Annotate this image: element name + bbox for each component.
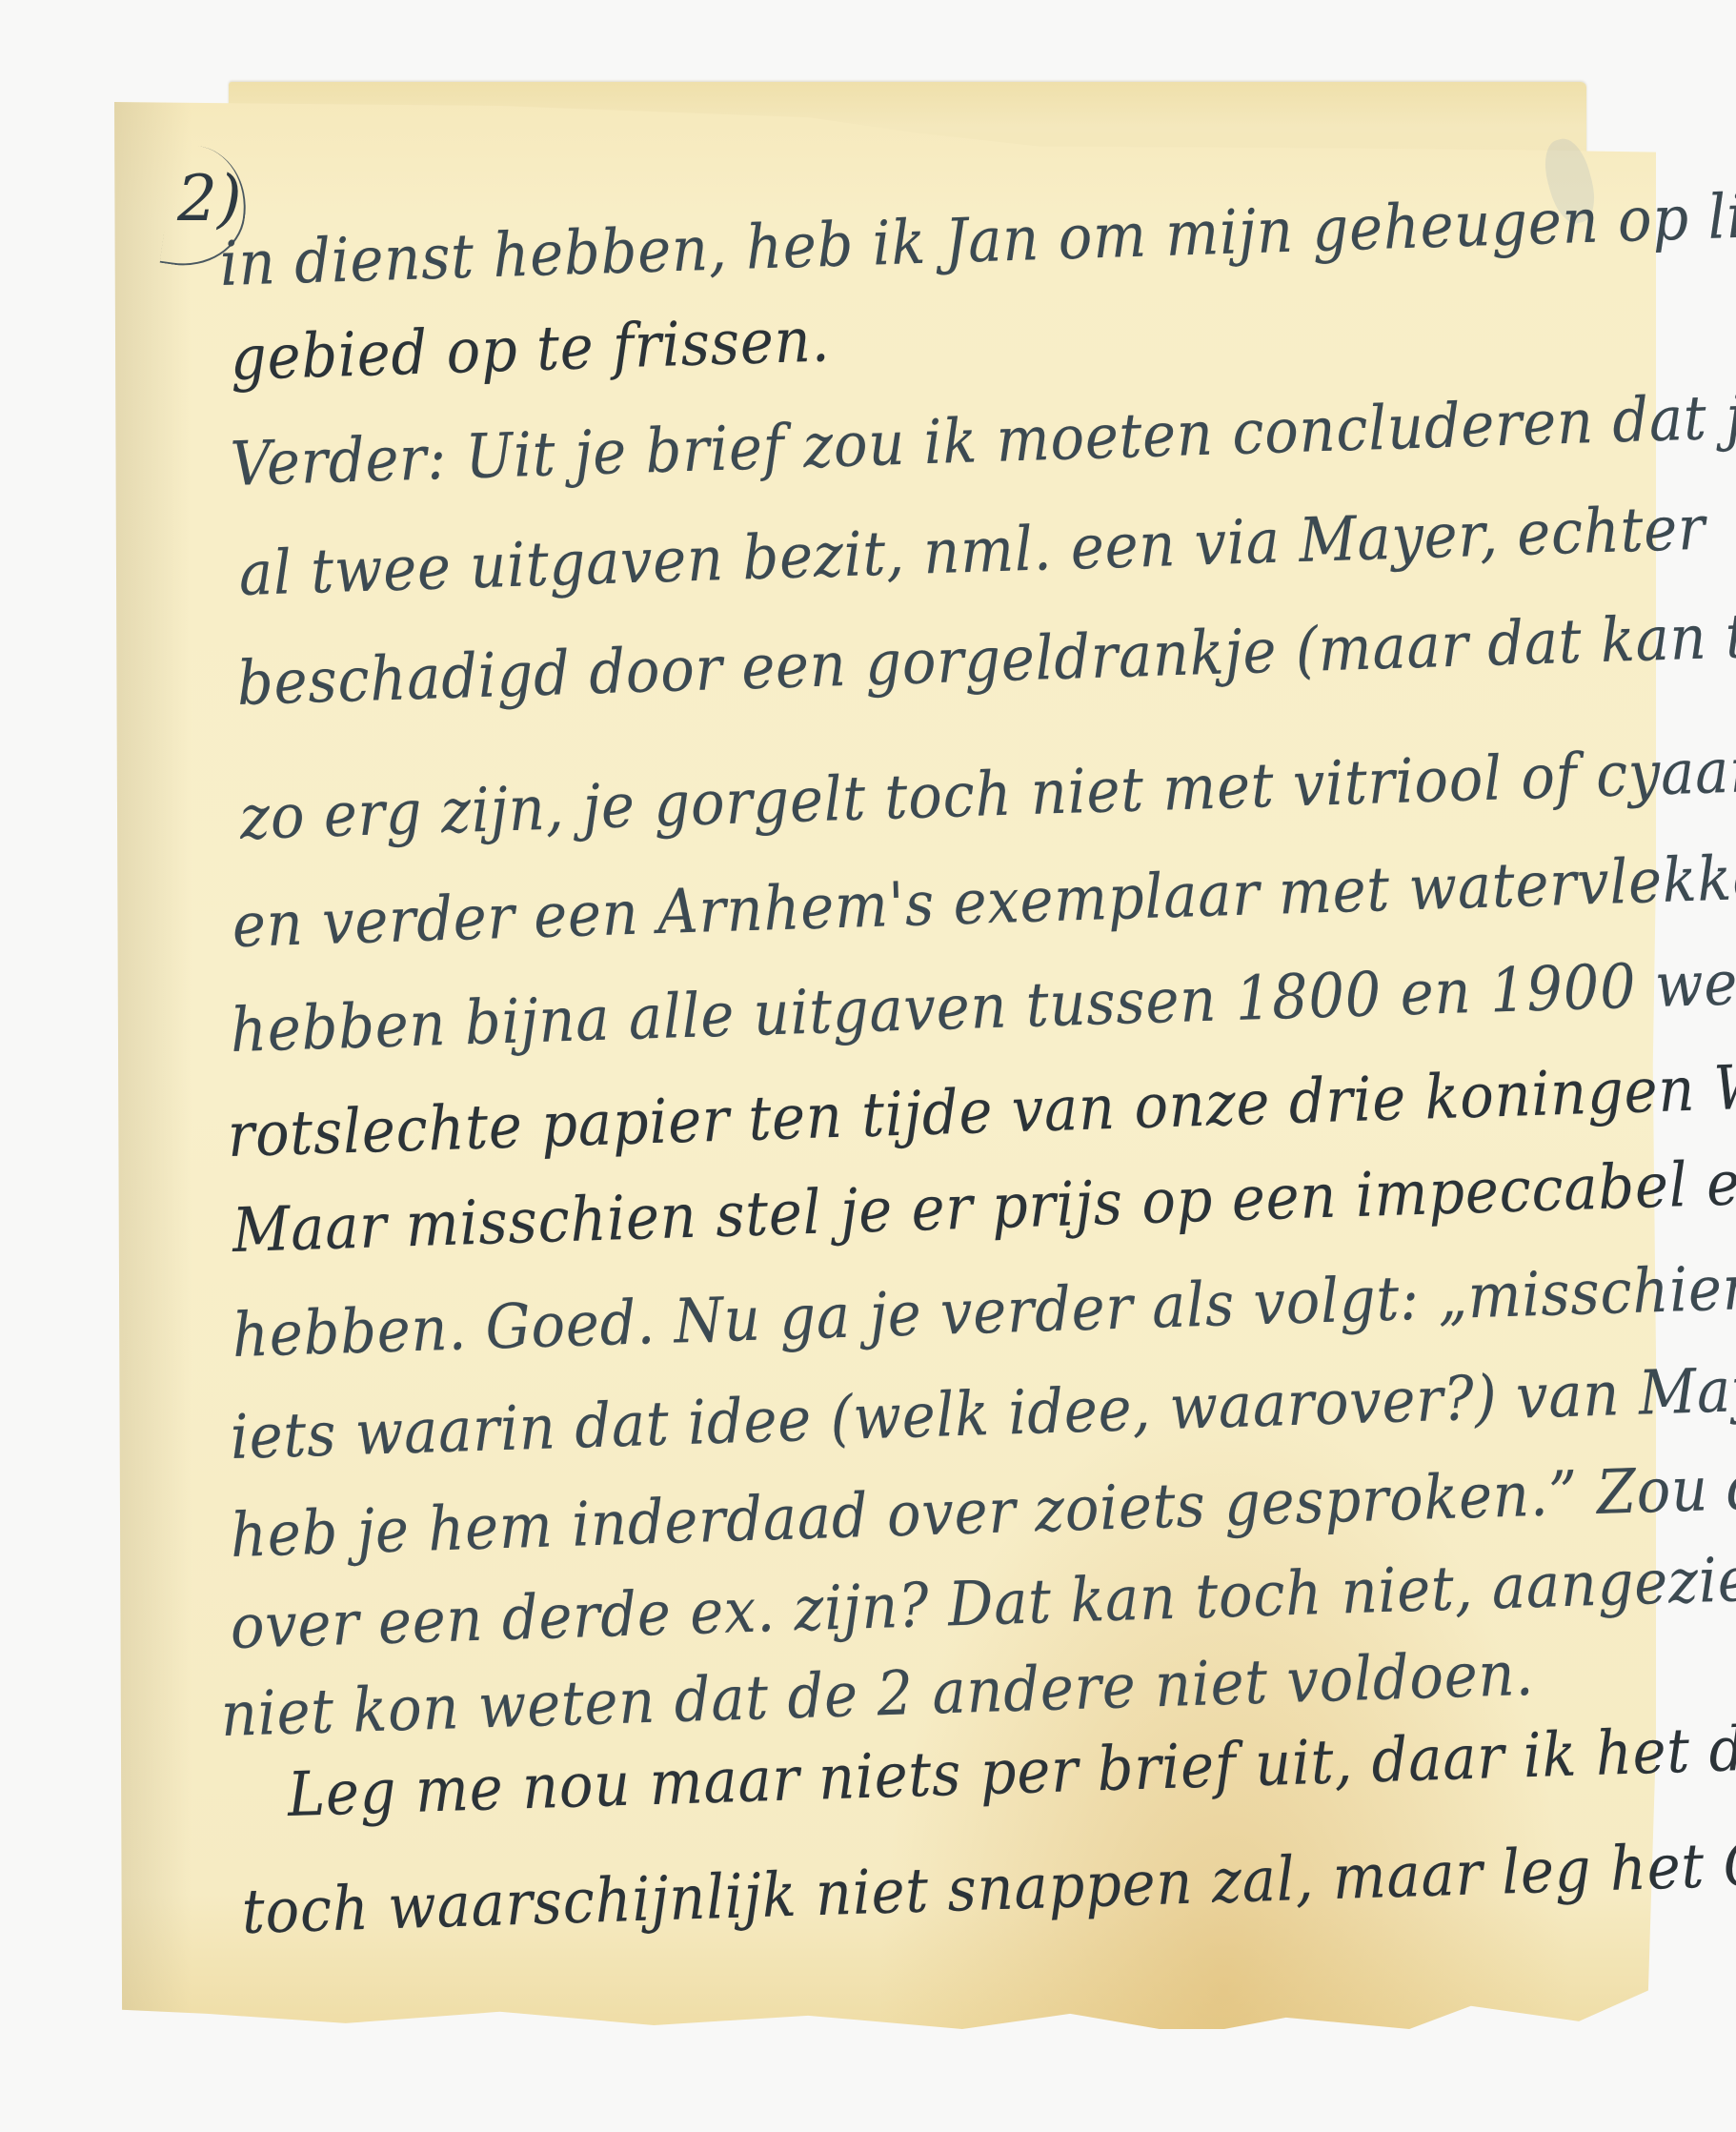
page-number-label: 2) bbox=[177, 162, 242, 235]
handwritten-line-2: gebied op te frissen. bbox=[230, 310, 831, 390]
